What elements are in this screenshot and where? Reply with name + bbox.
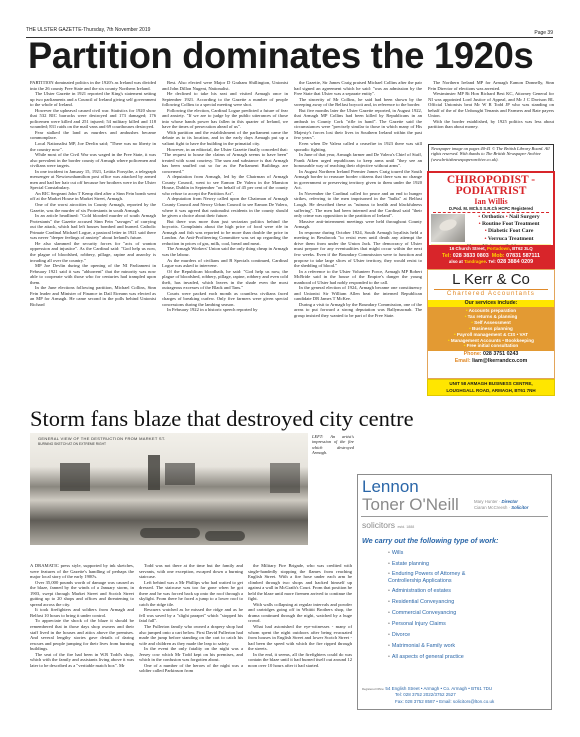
chiro-service: • Orthotics • Nail Surgery: [467, 214, 551, 221]
article-paragraph: PARTITION dominated politics in the 1920…: [30, 80, 156, 91]
lennon-fax-email: Fax: 028 3752 8587 • Email: solicitors@l…: [362, 699, 494, 705]
article-paragraph: Left behind was a Mr Phillips who had wa…: [139, 580, 243, 608]
chiro-phone: 028 3833 0803: [453, 253, 489, 259]
sketch-subcaption: BURNING SKETCH AT ON EXTREME RIGHT: [38, 442, 106, 446]
lennon-office-details: Registered Office:54 English Street • Ar…: [362, 686, 494, 705]
image-credit-text: Newspaper image on pages 40-41 © The Bri…: [431, 146, 550, 162]
list-item: •All aspects of general practice: [388, 652, 488, 663]
article-paragraph: One of a number of the heroes of the nig…: [139, 663, 243, 674]
kerr-firm-name: L Kerr & Co: [428, 270, 554, 289]
chiro-qualifications: D.Pod. M. MCh.S S.R.Ch HCPC Registered: [433, 206, 549, 213]
article1-column-3: the Gazette, Sir James Craig praised Mic…: [294, 80, 422, 400]
article-paragraph: The Ulster Gazette in 1921 reported the …: [30, 91, 156, 108]
kerr-email-link[interactable]: liam@lkerrandco.com: [472, 358, 527, 364]
article-paragraph: Best. Also elected were Major D Graham S…: [162, 80, 288, 91]
lennon-solicitors-label: solicitors estd. 1888: [362, 520, 414, 530]
article-paragraph: With partition and the establishment of …: [162, 130, 288, 147]
article-paragraph: Todd was not there at the time but the f…: [139, 563, 243, 580]
article-paragraph: Local Nationalist MP, Joe Devlin said; "…: [30, 141, 156, 152]
article-paragraph: In the event the only fatality on the ni…: [139, 646, 243, 663]
article1-column-1: PARTITION dominated politics in the 1920…: [30, 80, 156, 392]
article-paragraph: In one incident in January 15, 1921, Let…: [30, 169, 156, 191]
article-paragraph: Following the election, Cardinal Logue p…: [162, 108, 288, 130]
article-paragraph: Even when De Valera called a ceasefire i…: [294, 141, 422, 152]
article-paragraph: Rescuers watched as he missed the ridge …: [139, 607, 243, 624]
article2-column-3: the Military Fire Brigade, who was credi…: [248, 563, 352, 728]
article-paragraph: The sincerity of Mr Collins, he said had…: [294, 97, 422, 108]
article-paragraph: With the border established, by 1925 pol…: [428, 119, 554, 130]
kerr-services-list: • Accounts preparation • Tax returns & p…: [428, 307, 554, 351]
image-credit-box: Newspaper image on pages 40-41 © The Bri…: [428, 144, 554, 173]
article-headline-partition: Partition dominates the 1920s: [28, 36, 543, 76]
article-paragraph: Fear stalked the land as murders and amb…: [30, 130, 156, 141]
sketch-caption: GENERAL VIEW OF THE DESTRUCTION FROM MAR…: [38, 436, 166, 441]
ad-lennon-toner-oneill: Lennon Toner O'Neill Mary Hunter · Direc…: [357, 474, 552, 710]
chiro-practitioner-name: Ian Willis: [429, 197, 553, 206]
list-item: •Residential Conveyancing: [388, 597, 488, 608]
article-paragraph: In June of that year, Armagh farmer and …: [294, 152, 422, 169]
lennon-services-list: •Wills •Estate planning •Enduring Powers…: [388, 548, 488, 663]
list-item: •Commercial Conveyancing: [388, 608, 488, 619]
article-paragraph: In February 1922 in a historic speech re…: [162, 307, 288, 313]
lennon-services-heading: We carry out the following type of work:: [362, 536, 498, 545]
foot-photo: [431, 214, 465, 242]
article-paragraph: Over 35,000 pounds worth of damage was c…: [30, 580, 134, 608]
article-headline-storm: Storm fans blaze that destroyed city cen…: [30, 408, 430, 430]
article-paragraph: A DRAMATIC press style, supported by ink…: [30, 563, 134, 580]
lennon-staff: Mary Hunter · Director Ciaran McCreesh ·…: [474, 499, 528, 511]
fire-destruction-sketch: GENERAL VIEW OF THE DESTRUCTION FROM MAR…: [30, 433, 308, 545]
chiro-service: • Routine Foot Treatment: [467, 221, 551, 228]
lennon-address: 54 English Street • Armagh • Co. Armagh …: [385, 686, 492, 691]
article-paragraph: In a reference to the Ulster Volunteer F…: [294, 269, 422, 286]
chiro-service: • Verruca Treatment: [467, 236, 551, 243]
article2-column-2: Todd was not there at the time but the f…: [139, 563, 243, 728]
list-item: •Estate planning: [388, 559, 488, 570]
article-paragraph: But five months later the Ulster Gazette…: [294, 108, 422, 141]
kerr-address: UNIT 58 ARMAGH BUSINESS CENTRE, LOUGHGAL…: [427, 379, 555, 396]
article-paragraph: In November the Cardinal called for peac…: [294, 191, 422, 219]
article-paragraph: In the June elections following partitio…: [30, 285, 156, 307]
article-paragraph: The Fullerton family who owned a drapery…: [139, 624, 243, 646]
article-paragraph: In response during October 1924, South A…: [294, 230, 422, 269]
article1-column-2: Best. Also elected were Major D Graham S…: [162, 80, 288, 392]
kerr-phone: 028 3751 0243: [483, 351, 518, 357]
chiro-services: • Orthotics • Nail Surgery • Routine Foo…: [467, 214, 551, 243]
article-paragraph: He declined to take his seat and visited…: [162, 91, 288, 108]
article-paragraph: He also slammed the security forces for …: [30, 241, 156, 263]
list-item: •Enduring Powers of Attorney & Controlle…: [388, 570, 488, 586]
sketch-photo-caption: LEFT: An artist's impression of the fire…: [312, 434, 354, 455]
kerr-subtitle: Chartered Accountants: [434, 289, 548, 298]
list-item: •Divorce: [388, 630, 488, 641]
article-paragraph: In August Northern Ireland Premier James…: [294, 169, 422, 191]
list-item: •Personal Injury Claims: [388, 619, 488, 630]
article-paragraph: The Northern Ireland MP for Armagh Eamon…: [428, 80, 554, 91]
ad-chiropodist: CHIROPODIST - PODIATRIST Ian Willis D.Po…: [427, 171, 555, 269]
article-paragraph: What had astonished the eye-witnesses - …: [248, 624, 352, 652]
list-item: •Administration of estates: [388, 586, 488, 597]
kerr-contact: Phone: 028 3751 0243 Email: liam@lkerran…: [428, 351, 554, 365]
article-paragraph: A deputation from Newry called upon the …: [162, 196, 288, 218]
chiro-service: • Diabetic Foot Care: [467, 228, 551, 235]
list-item: •Matrimonial & Family work: [388, 641, 488, 652]
chiro-contact-band: 16 Church Street, Portadown, BT62 3LQ Te…: [429, 245, 553, 267]
article-paragraph: The seat of the fire had been in W.R Tod…: [30, 652, 134, 669]
list-item: •Wills: [388, 548, 488, 559]
article-paragraph: the Military Fire Brigade, who was credi…: [248, 563, 352, 602]
divider: [361, 516, 548, 517]
article-paragraph: the Gazette, Sir James Craig praised Mic…: [294, 80, 422, 97]
article-paragraph: While most of the Civil War was waged in…: [30, 152, 156, 169]
article-paragraph: It took firefighters and soldiers from A…: [30, 607, 134, 618]
article-paragraph: Courts were packed each month as countle…: [162, 291, 288, 308]
article-paragraph: Massive anti-internment meetings were he…: [294, 219, 422, 230]
lennon-name-line2: Toner O'Neill: [362, 496, 459, 514]
article-paragraph: A deputation from Armagh, led by the Cha…: [162, 174, 288, 196]
article-paragraph: In the end, it seems, all the firefighte…: [248, 652, 352, 669]
ad-kerr-accountants: L Kerr & Co Chartered Accountants Our se…: [427, 269, 555, 379]
article-paragraph: In the general election of 1924, Armagh …: [294, 285, 422, 302]
chiro-mobile: 07831 587111: [506, 253, 540, 259]
article-paragraph: To appreciate the shock of the blaze it …: [30, 618, 134, 651]
article1-column-4: The Northern Ireland MP for Armagh Eamon…: [428, 80, 554, 142]
article-paragraph: MP Joe Devlin during the opening of the …: [30, 263, 156, 285]
article-paragraph: However, in an editorial, the Ulster Gaz…: [162, 147, 288, 175]
lennon-name-line1: Lennon: [362, 478, 419, 496]
article-paragraph: During a visit to Armagh by the Boundary…: [294, 302, 422, 319]
article-paragraph: The Armagh Workers' Union said the only …: [162, 246, 288, 257]
article-paragraph: An RIC Sergeant John T Kemp died after a…: [30, 191, 156, 202]
article-paragraph: With walls collapsing at regular interva…: [248, 602, 352, 624]
chiro-title: CHIROPODIST - PODIATRIST: [429, 173, 553, 197]
article-paragraph: In an article headlined: "Cold blooded m…: [30, 213, 156, 241]
article-paragraph: As the murders of civilians and B Specia…: [162, 258, 288, 269]
article-paragraph: One of the worst atrocities in County Ar…: [30, 202, 156, 213]
article-paragraph: However the upheaval caused civil war. S…: [30, 108, 156, 130]
article-paragraph: But there was more than just sectarian p…: [162, 219, 288, 247]
kerr-services-heading: Our services include:: [428, 300, 554, 307]
article2-column-1: A DRAMATIC press style, supported by ink…: [30, 563, 134, 728]
article-paragraph: Westminster MP Rt Hon Richard Best KC, A…: [428, 91, 554, 119]
publication-dateline: THE ULSTER GAZETTE-Thursday, 7th Novembe…: [26, 27, 150, 33]
article-paragraph: Of the Republican bloodbath, he said: "G…: [162, 269, 288, 291]
